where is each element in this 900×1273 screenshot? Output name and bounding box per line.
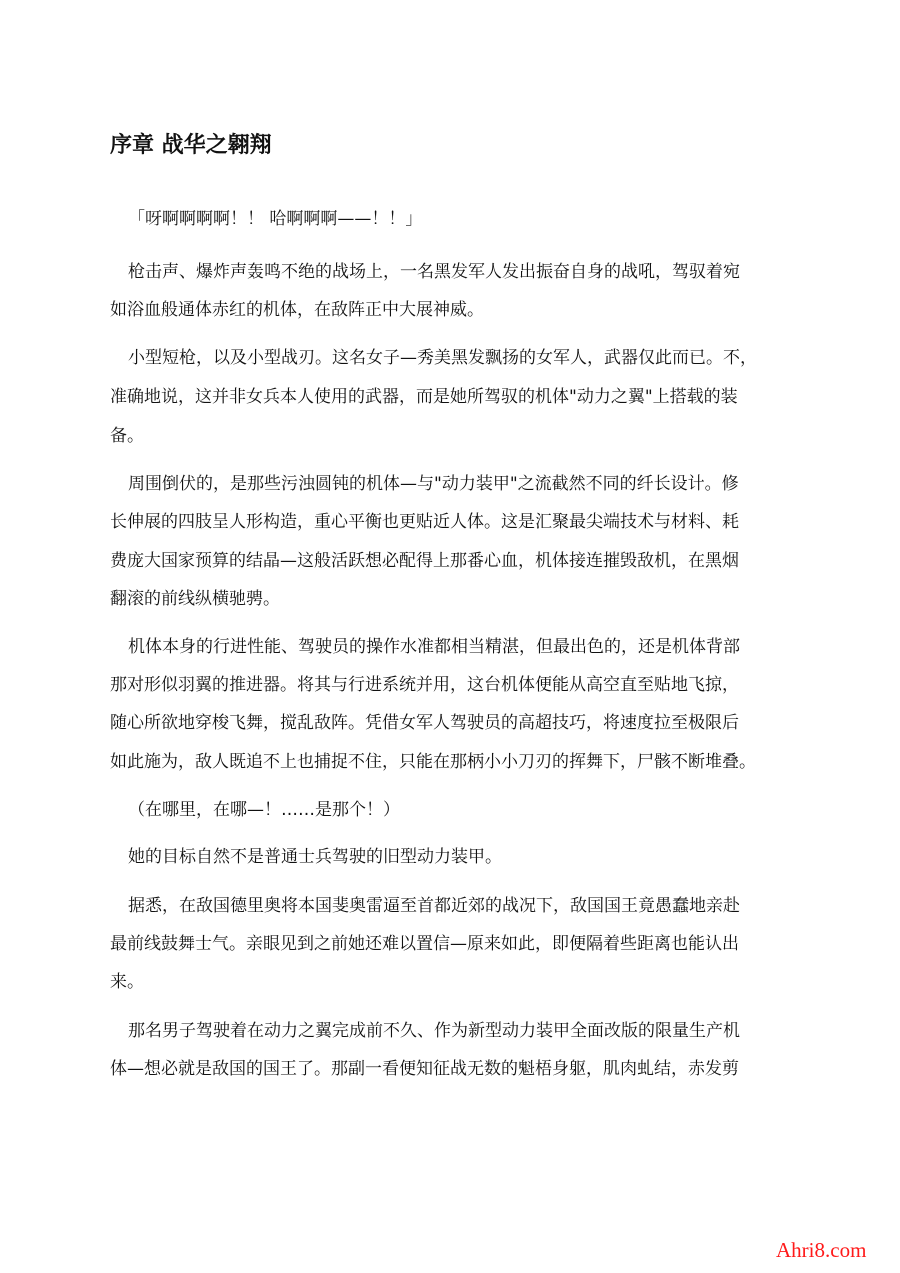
paragraph-line: 「呀啊啊啊啊！！ 哈啊啊啊——！！」 xyxy=(128,208,422,230)
paragraph-line: 费庞大国家预算的结晶—这般活跃想必配得上那番心血，机体接连摧毁敌机，在黑烟 xyxy=(110,550,739,572)
watermark: Ahri8.com xyxy=(776,1238,866,1263)
paragraph-line: 据悉，在敌国德里奥将本国斐奥雷逼至首都近郊的战况下，敌国国王竟愚蠢地亲赴 xyxy=(128,895,740,917)
paragraph-line: 最前线鼓舞士气。亲眼见到之前她还难以置信—原来如此，即便隔着些距离也能认出 xyxy=(110,933,739,955)
paragraph-line: 周围倒伏的，是那些污浊圆钝的机体—与"动力装甲"之流截然不同的纤长设计。修 xyxy=(128,473,739,495)
paragraph-line: 长伸展的四肢呈人形构造，重心平衡也更贴近人体。这是汇聚最尖端技术与材料、耗 xyxy=(110,511,739,533)
paragraph-line: 小型短枪，以及小型战刃。这名女子—秀美黑发飘扬的女军人，武器仅此而已。不， xyxy=(128,347,757,369)
paragraph-line: 来。 xyxy=(110,971,144,993)
paragraph-line: 准确地说，这并非女兵本人使用的武器，而是她所驾驭的机体"动力之翼"上搭载的装 xyxy=(110,386,738,408)
paragraph-line: 如此施为，敌人既追不上也捕捉不住，只能在那柄小小刀刃的挥舞下，尸骸不断堆叠。 xyxy=(110,751,756,773)
paragraph-line: （在哪里，在哪—！……是那个！） xyxy=(128,799,400,821)
paragraph-line: 备。 xyxy=(110,425,144,447)
paragraph-line: 体—想必就是敌国的国王了。那副一看便知征战无数的魁梧身躯，肌肉虬结，赤发剪 xyxy=(110,1058,739,1080)
paragraph-line: 枪击声、爆炸声轰鸣不绝的战场上，一名黑发军人发出振奋自身的战吼，驾驭着宛 xyxy=(128,261,740,283)
paragraph-line: 那名男子驾驶着在动力之翼完成前不久、作为新型动力装甲全面改版的限量生产机 xyxy=(128,1020,740,1042)
paragraph-line: 那对形似羽翼的推进器。将其与行进系统并用，这台机体便能从高空直至贴地飞掠， xyxy=(110,674,739,696)
paragraph-line: 随心所欲地穿梭飞舞，搅乱敌阵。凭借女军人驾驶员的高超技巧，将速度拉至极限后 xyxy=(110,712,739,734)
chapter-title: 序章 战华之翱翔 xyxy=(110,128,272,159)
paragraph-line: 机体本身的行进性能、驾驶员的操作水准都相当精湛，但最出色的，还是机体背部 xyxy=(128,636,740,658)
paragraph-line: 如浴血般通体赤红的机体，在敌阵正中大展神威。 xyxy=(110,299,484,321)
paragraph-line: 她的目标自然不是普通士兵驾驶的旧型动力装甲。 xyxy=(128,846,502,868)
paragraph-line: 翻滚的前线纵横驰骋。 xyxy=(110,588,280,610)
